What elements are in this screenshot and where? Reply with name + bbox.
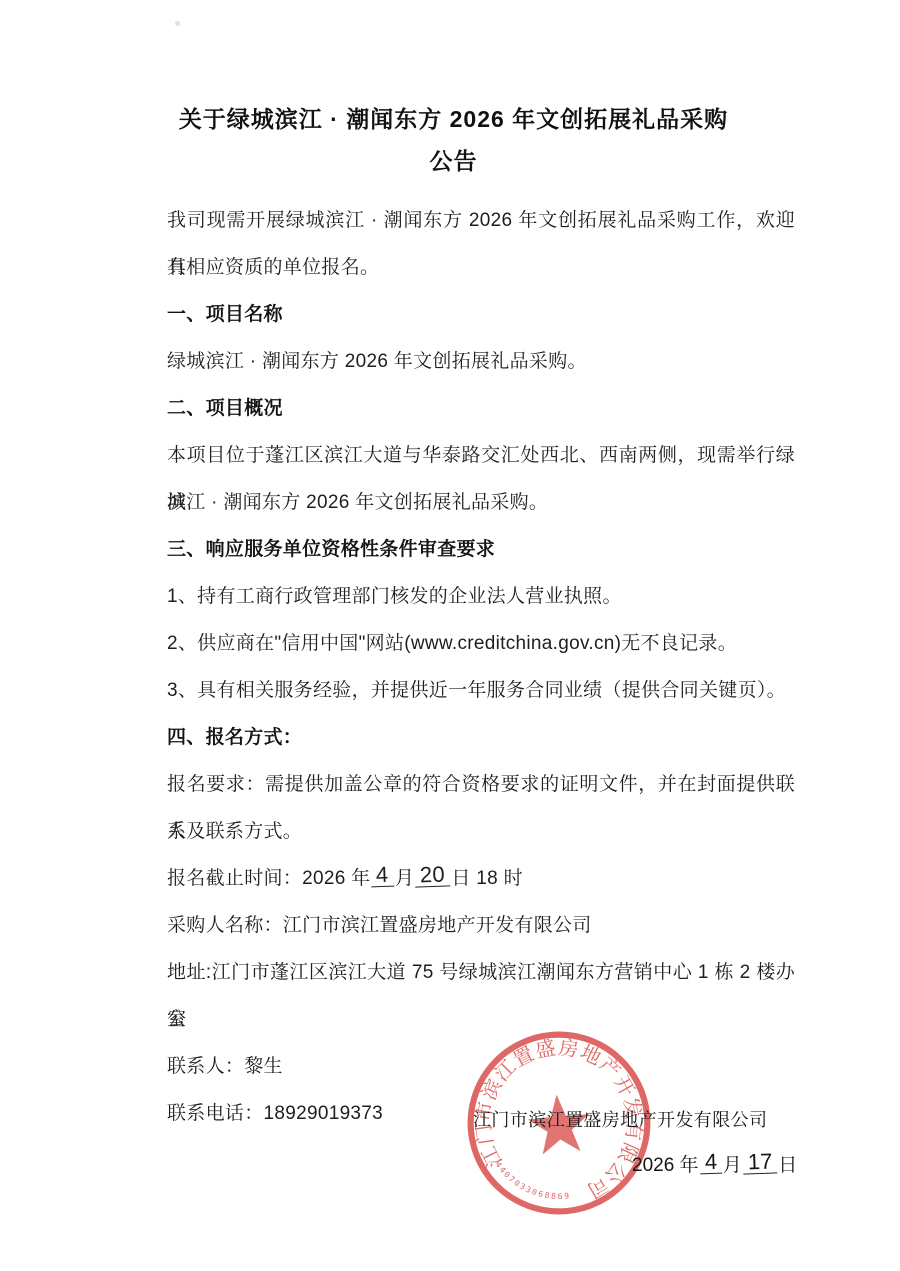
intro-line-2: 有相应资质的单位报名。	[167, 244, 795, 291]
section4-line-2: 人及联系方式。	[167, 808, 795, 855]
section3-item-2: 2、供应商在"信用中国"网站(www.creditchina.gov.cn)无不…	[167, 620, 795, 667]
section2-heading: 二、项目概况	[167, 385, 795, 432]
section3-item-3: 3、具有相关服务经验，并提供近一年服务合同业绩（提供合同关键页）。	[167, 667, 795, 714]
section3-item-1: 1、持有工商行政管理部门核发的企业法人营业执照。	[167, 573, 795, 620]
document-body: 关于绿城滨江 · 潮闻东方 2026 年文创拓展礼品采购公告 我司现需开展绿城滨…	[167, 98, 795, 1137]
purchaser-line: 采购人名称：江门市滨江置盛房地产开发有限公司	[167, 902, 795, 949]
handwritten-deadline-day: 20	[415, 864, 451, 887]
section1-text: 绿城滨江 · 潮闻东方 2026 年文创拓展礼品采购。	[167, 338, 795, 385]
address-line-1: 地址:江门市蓬江区滨江大道 75 号绿城滨江潮闻东方营销中心 1 栋 2 楼办公	[167, 949, 795, 996]
intro-line-1: 我司现需开展绿城滨江 · 潮闻东方 2026 年文创拓展礼品采购工作，欢迎具	[167, 197, 795, 244]
section4-line-1: 报名要求：需提供加盖公章的符合资格要求的证明文件，并在封面提供联系	[167, 761, 795, 808]
signature-date-month-label: 月	[723, 1155, 742, 1176]
deadline-prefix: 报名截止时间：2026 年	[167, 868, 370, 889]
handwritten-deadline-month: 4	[371, 865, 394, 888]
page-title: 关于绿城滨江 · 潮闻东方 2026 年文创拓展礼品采购公告	[167, 98, 795, 182]
handwritten-signature-day: 17	[742, 1151, 777, 1174]
scanned-announcement-page: 关于绿城滨江 · 潮闻东方 2026 年文创拓展礼品采购公告 我司现需开展绿城滨…	[0, 0, 900, 1271]
scan-speck	[175, 21, 180, 26]
section1-heading: 一、项目名称	[167, 291, 795, 338]
deadline-suffix: 日 18 时	[451, 868, 523, 889]
handwritten-signature-month: 4	[699, 1152, 722, 1175]
deadline-month-label: 月	[395, 868, 414, 889]
section4-heading: 四、报名方式：	[167, 714, 795, 761]
signature-date: 2026 年4月17日	[632, 1150, 797, 1177]
section2-line-2: 滨江 · 潮闻东方 2026 年文创拓展礼品采购。	[167, 479, 795, 526]
seal-code: 4407033068869	[493, 1154, 572, 1206]
signature-date-prefix: 2026 年	[632, 1155, 699, 1176]
section2-line-1: 本项目位于蓬江区滨江大道与华泰路交汇处西北、西南两侧，现需举行绿城	[167, 432, 795, 479]
signature-date-suffix: 日	[778, 1155, 797, 1176]
deadline-line: 报名截止时间：2026 年4月20日 18 时	[167, 855, 795, 902]
section3-heading: 三、响应服务单位资格性条件审查要求	[167, 526, 795, 573]
signature-company: 江门市滨江置盛房地产开发有限公司	[473, 1106, 767, 1132]
